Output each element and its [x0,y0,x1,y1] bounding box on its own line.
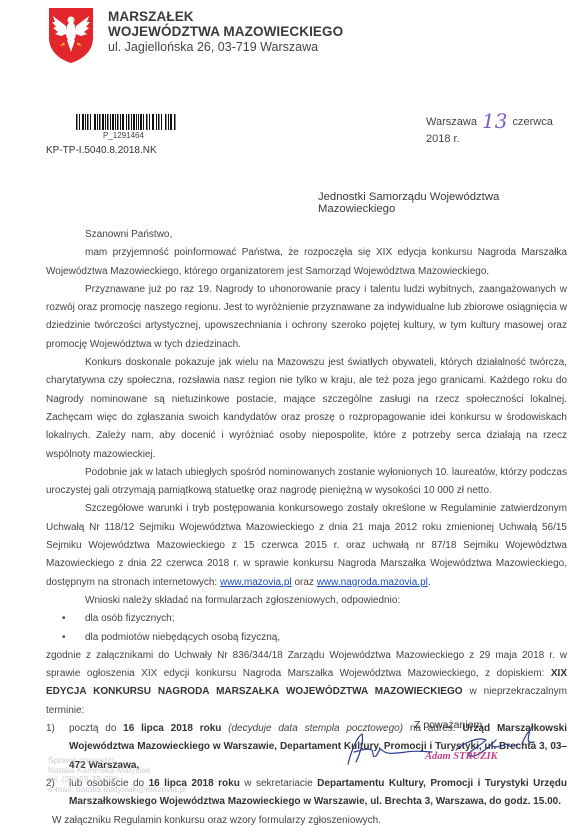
attachment-note: W załączniku Regulamin konkursu oraz wzo… [46,812,567,830]
header-title-line1: MARSZAŁEK [108,9,343,24]
regulations-conj: oraz [292,577,317,588]
signer-name: Adam STRUZIK [425,751,498,762]
applicant-type-list: dla osób fizycznych; dla podmiotów niebę… [46,610,567,647]
link-mazovia[interactable]: www.mazovia.pl [220,577,292,588]
footer-email: e-mail: natalia.matysiak@mazovia.pl [48,785,186,795]
paragraph-2: Przyznawane już po raz 19. Nagrody to uh… [46,281,567,354]
header-title-line2: WOJEWÓDZTWA MAZOWIECKIEGO [108,24,343,39]
link-nagroda-mazovia[interactable]: www.nagroda.mazovia.pl [317,577,428,588]
list-item: dla osób fizycznych; [46,610,567,628]
list-item: dla podmiotów niebędących osobą fizyczną… [46,629,567,647]
paragraph-4: Podobnie jak w latach ubiegłych spośród … [46,464,567,501]
date-city: Warszawa [426,116,477,128]
continuation-text: zgodnie z załącznikami do Uchwały Nr 836… [46,650,567,679]
regulations-text: Szczegółowe warunki i tryb postępowania … [46,503,567,587]
option-text: w sekretariacie [240,778,317,789]
paragraph-regulations: Szczegółowe warunki i tryb postępowania … [46,500,567,591]
coat-of-arms-icon [47,6,95,64]
recipient: Jednostki Samorządu Województwa Mazowiec… [318,191,573,215]
barcode-number: P_1291464 [103,131,144,140]
salutation: Szanowni Państwo, [46,226,567,244]
option-number: 1) [46,720,55,738]
header-title: MARSZAŁEK WOJEWÓDZTWA MAZOWIECKIEGO [108,9,343,39]
applications-intro: Wnioski należy składać na formularzach z… [46,592,567,610]
reference-number: KP-TP-I.5040.8.2018.NK [46,145,157,156]
barcode-icon [76,114,176,130]
case-handler-info: Sprawę prowadzi: Natalia Kamińska-Matysi… [48,756,186,794]
paragraph-1: mam przyjemność poinformować Państwa, że… [46,244,567,281]
option-text: pocztą do [69,723,123,734]
date-day-handwritten: 13 [482,109,507,133]
paragraph-3: Konkurs doskonale pokazuje jak wielu na … [46,354,567,464]
regulations-end: . [428,577,431,588]
handwritten-signature-icon [346,728,546,768]
applications-continuation: zgodnie z załącznikami do Uchwały Nr 836… [46,647,567,720]
letter-date: Warszawa 13 czerwca 2018 r. [426,109,573,145]
header-address: ul. Jagiellońska 26, 03-719 Warszawa [108,40,318,54]
option-date: 16 lipca 2018 roku [123,723,221,734]
